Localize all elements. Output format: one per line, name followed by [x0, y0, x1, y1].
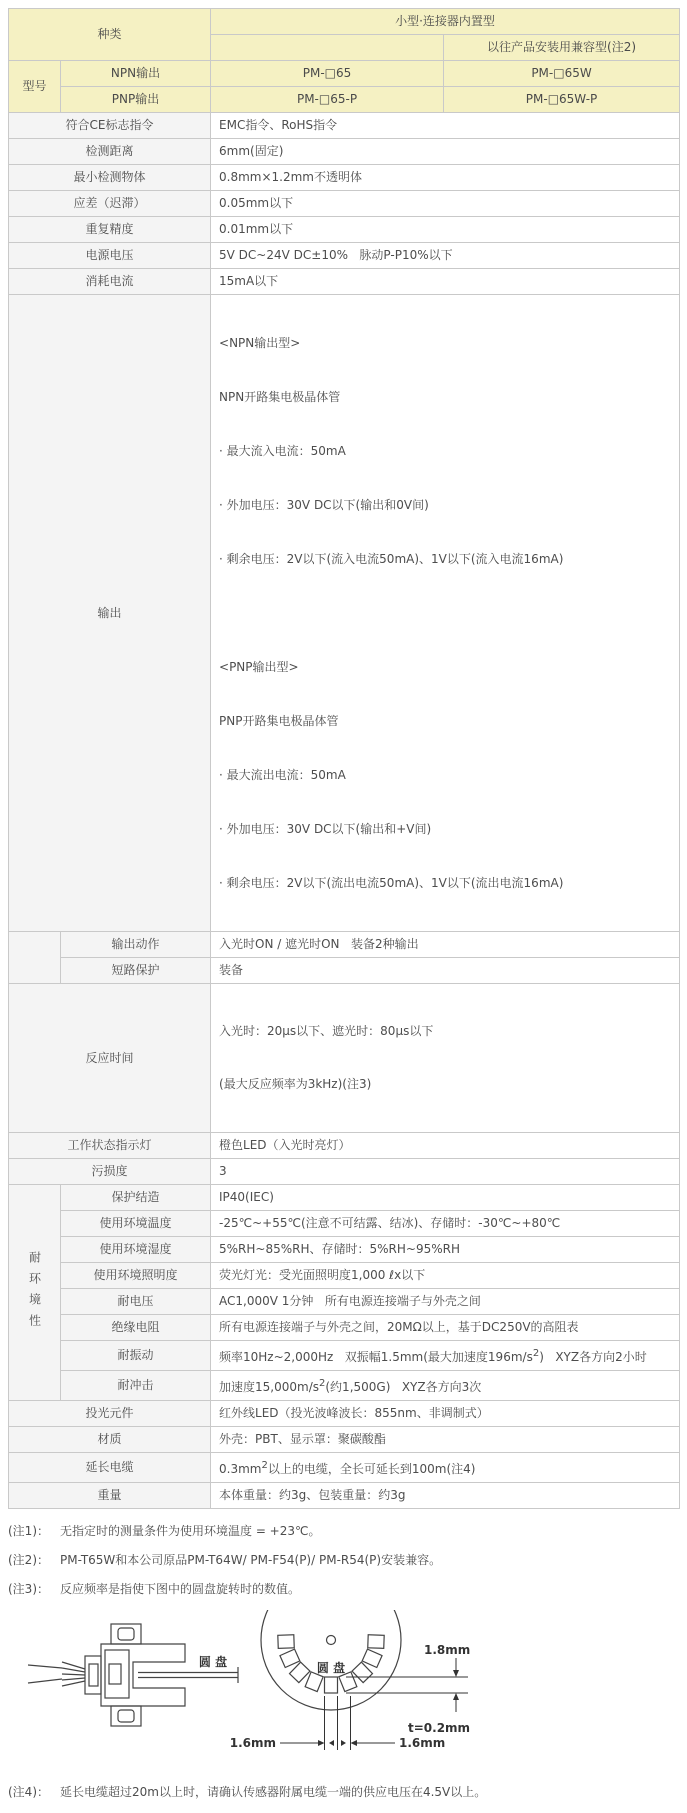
dimension-lines: 1.8mm t=0.2mm 1.6mm 1.6mm	[230, 1643, 471, 1750]
spec-value-sensing-range: 6mm(固定)	[211, 139, 680, 165]
spec-row-repeatability: 重复精度 0.01mm以下	[9, 217, 680, 243]
spec-value-min-object: 0.8mm×1.2mm不透明体	[211, 165, 680, 191]
note-2-text: PM-T65W和本公司原品PM-T64W/ PM-F54(P)/ PM-R54(…	[52, 1552, 441, 1568]
shock-text-post: (约1,500G) XYZ各方向3次	[325, 1380, 481, 1394]
spec-row-indicator: 工作状态指示灯 橙色LED（入光时亮灯）	[9, 1133, 680, 1159]
spec-value-cable: 0.3mm2以上的电缆，全长可延长到100m(注4)	[211, 1453, 680, 1483]
spec-row-env-protection: 耐环境性 保护结造 IP40(IEC)	[9, 1185, 680, 1211]
spec-label-env-protection: 保护结造	[61, 1185, 211, 1211]
spec-label-repeatability: 重复精度	[9, 217, 211, 243]
note-1: (注1)： 无指定时的测量条件为使用环境温度 = +23℃。	[8, 1523, 679, 1539]
output-npn-line: NPN开路集电极晶体管	[219, 387, 671, 407]
spec-row-hysteresis: 应差（迟滞） 0.05mm以下	[9, 191, 680, 217]
dim-arrow-left	[351, 1740, 358, 1746]
output-pnp-line: · 剩余电压：2V以下(流出电流50mA)、1V以下(流出电流16mA)	[219, 873, 671, 893]
response-time-line1: 入光时：20μs以下、遮光时：80μs以下	[219, 1022, 671, 1041]
spec-value-material: 外壳：PBT、显示罩：聚碳酸酯	[211, 1427, 680, 1453]
spec-value-env-temp: -25℃~+55℃(注意不可结露、结冰)、存储时：-30℃~+80℃	[211, 1211, 680, 1237]
spec-value-pollution: 3	[211, 1159, 680, 1185]
cable-wire	[28, 1665, 62, 1668]
spec-label-output: 输出	[9, 295, 211, 932]
note-2: (注2)： PM-T65W和本公司原品PM-T64W/ PM-F54(P)/ P…	[8, 1552, 679, 1568]
spec-row-env-shock: 耐冲击 加速度15,000m/s2(约1,500G) XYZ各方向3次	[9, 1371, 680, 1401]
vibration-text-post: ) XYZ各方向2小时	[539, 1350, 647, 1364]
cable-wire	[62, 1678, 85, 1680]
spec-label-env-vibration: 耐振动	[61, 1341, 211, 1371]
response-time-line2: (最大反应频率为3kHz)(注3)	[219, 1075, 671, 1094]
sensor-body	[101, 1644, 185, 1706]
spec-row-output-operation: 输出动作 入光时ON / 遮光时ON 装备2种输出	[9, 932, 680, 958]
note-1-text: 无指定时的测量条件为使用环境温度 = +23℃。	[52, 1523, 321, 1539]
output-npn-title: <NPN输出型>	[219, 333, 671, 353]
note-3: (注3)： 反应频率是指使下图中的圆盘旋转时的数值。	[8, 1581, 679, 1597]
model-header-cell: 型号	[9, 61, 61, 113]
spec-value-output-operation: 入光时ON / 遮光时ON 装备2种输出	[211, 932, 680, 958]
vibration-text: 频率10Hz~2,000Hz 双振幅1.5mm(最大加速度196m/s	[219, 1350, 533, 1364]
pnp-output-label: PNP输出	[61, 87, 211, 113]
spec-label-current-consumption: 消耗电流	[9, 269, 211, 295]
kind-header-cell: 种类	[9, 9, 211, 61]
mounting-hole-top	[118, 1628, 134, 1640]
note-3-tag: (注3)：	[8, 1581, 52, 1597]
slot-square	[278, 1635, 294, 1649]
spec-label-supply-voltage: 电源电压	[9, 243, 211, 269]
figure-svg: 圆 盘 圆 盘 1.8mm	[16, 1610, 666, 1762]
env-group-label: 耐环境性	[29, 1251, 41, 1335]
dim-arrow-down	[453, 1670, 459, 1677]
note-3-text: 反应频率是指使下图中的圆盘旋转时的数值。	[52, 1581, 300, 1597]
disc-label-left: 圆 盘	[199, 1654, 227, 1669]
dim-arrow-right	[318, 1740, 325, 1746]
note-4-text: 延长电缆超过20m以上时，请确认传感器附属电缆一端的供应电压在4.5V以上。	[52, 1784, 486, 1800]
spec-row-response-time: 反应时间 入光时：20μs以下、遮光时：80μs以下 (最大反应频率为3kHz)…	[9, 984, 680, 1133]
spec-value-env-vibration: 频率10Hz~2,000Hz 双振幅1.5mm(最大加速度196m/s2) XY…	[211, 1341, 680, 1371]
spec-row-env-vibration: 耐振动 频率10Hz~2,000Hz 双振幅1.5mm(最大加速度196m/s2…	[9, 1341, 680, 1371]
spec-value-supply-voltage: 5V DC~24V DC±10% 脉动P-P10%以下	[211, 243, 680, 269]
spec-value-env-insulation: 所有电源连接端子与外壳之间，20MΩ以上，基于DC250V的高阻表	[211, 1315, 680, 1341]
header-row-kind: 种类 小型·连接器内置型	[9, 9, 680, 35]
note-2-tag: (注2)：	[8, 1552, 52, 1568]
spec-label-short-circuit: 短路保护	[61, 958, 211, 984]
spec-value-repeatability: 0.01mm以下	[211, 217, 680, 243]
spec-row-ce: 符合CE标志指令 EMC指令、RoHS指令	[9, 113, 680, 139]
output-pnp-line: PNP开路集电极晶体管	[219, 711, 671, 731]
spec-label-env-humidity: 使用环境湿度	[61, 1237, 211, 1263]
spec-label-pollution: 污损度	[9, 1159, 211, 1185]
note-1-tag: (注1)：	[8, 1523, 52, 1539]
npn-model-standard: PM-□65	[211, 61, 444, 87]
spec-value-env-shock: 加速度15,000m/s2(约1,500G) XYZ各方向3次	[211, 1371, 680, 1401]
spec-value-env-illuminance: 荧光灯光：受光面照明度1,000 ℓx以下	[211, 1263, 680, 1289]
dim-height-label: 1.8mm	[424, 1643, 470, 1657]
spec-value-weight: 本体重量：约3g、包装重量：约3g	[211, 1483, 680, 1509]
slot-square	[368, 1635, 384, 1649]
note-4: (注4)： 延长电缆超过20m以上时，请确认传感器附属电缆一端的供应电压在4.5…	[8, 1784, 679, 1800]
env-group-cell: 耐环境性	[9, 1185, 61, 1401]
spec-label-env-shock: 耐冲击	[61, 1371, 211, 1401]
spec-label-env-voltage: 耐电压	[61, 1289, 211, 1315]
shock-text: 加速度15,000m/s	[219, 1380, 319, 1394]
model-row-pnp: PNP输出 PM-□65-P PM-□65W-P	[9, 87, 680, 113]
spec-row-min-object: 最小检测物体 0.8mm×1.2mm不透明体	[9, 165, 680, 191]
mounting-hole-bottom	[118, 1710, 134, 1722]
spec-value-env-humidity: 5%RH~85%RH、存储时：5%RH~95%RH	[211, 1237, 680, 1263]
spec-row-env-illuminance: 使用环境照明度 荧光灯光：受光面照明度1,000 ℓx以下	[9, 1263, 680, 1289]
slot-square	[325, 1677, 338, 1693]
cable-wire	[62, 1668, 85, 1672]
spec-row-env-insulation: 绝缘电阻 所有电源连接端子与外壳之间，20MΩ以上，基于DC250V的高阻表	[9, 1315, 680, 1341]
spec-value-env-protection: IP40(IEC)	[211, 1185, 680, 1211]
slot-square	[362, 1649, 382, 1667]
spec-value-ce: EMC指令、RoHS指令	[211, 113, 680, 139]
dim-width-left-label: 1.6mm	[230, 1736, 276, 1750]
spec-label-env-temp: 使用环境温度	[61, 1211, 211, 1237]
notes-section: (注1)： 无指定时的测量条件为使用环境温度 = +23℃。 (注2)： PM-…	[8, 1523, 679, 1597]
cable-wire	[62, 1681, 85, 1686]
spec-row-pollution: 污损度 3	[9, 1159, 680, 1185]
spec-value-hysteresis: 0.05mm以下	[211, 191, 680, 217]
spec-row-weight: 重量 本体重量：约3g、包装重量：约3g	[9, 1483, 680, 1509]
spec-row-cable: 延长电缆 0.3mm2以上的电缆，全长可延长到100m(注4)	[9, 1453, 680, 1483]
sensor-inner-detail	[109, 1664, 121, 1684]
connector-inner	[89, 1664, 98, 1686]
spec-row-material: 材质 外壳：PBT、显示罩：聚碳酸酯	[9, 1427, 680, 1453]
dim-arrow-up	[453, 1693, 459, 1700]
spec-value-current-consumption: 15mA以下	[211, 269, 680, 295]
spec-row-current-consumption: 消耗电流 15mA以下	[9, 269, 680, 295]
spec-row-env-humidity: 使用环境湿度 5%RH~85%RH、存储时：5%RH~95%RH	[9, 1237, 680, 1263]
disc-label-right: 圆 盘	[317, 1660, 345, 1675]
type-group-cell: 小型·连接器内置型	[211, 9, 680, 35]
spec-value-indicator: 橙色LED（入光时亮灯）	[211, 1133, 680, 1159]
mounting-tab-bottom	[111, 1706, 141, 1726]
note-4-tag: (注4)：	[8, 1784, 52, 1800]
type-sub-empty-cell	[211, 35, 444, 61]
spec-label-indicator: 工作状态指示灯	[9, 1133, 211, 1159]
output-pnp-line: · 最大流出电流：50mA	[219, 765, 671, 785]
disc-center-hole	[327, 1636, 336, 1645]
spec-label-env-insulation: 绝缘电阻	[61, 1315, 211, 1341]
spec-label-ce: 符合CE标志指令	[9, 113, 211, 139]
disc-drawing: 圆 盘	[261, 1610, 401, 1710]
npn-model-compat: PM-□65W	[444, 61, 680, 87]
note-4-section: (注4)： 延长电缆超过20m以上时，请确认传感器附属电缆一端的供应电压在4.5…	[8, 1784, 679, 1800]
spec-label-cable: 延长电缆	[9, 1453, 211, 1483]
output-pnp-line: · 外加电压：30V DC以下(输出和+V间)	[219, 819, 671, 839]
spec-label-sensing-range: 检测距离	[9, 139, 211, 165]
pnp-model-compat: PM-□65W-P	[444, 87, 680, 113]
model-row-npn: 型号 NPN输出 PM-□65 PM-□65W	[9, 61, 680, 87]
output-spacer	[219, 603, 671, 623]
cable-wire	[28, 1679, 62, 1683]
spec-row-supply-voltage: 电源电压 5V DC~24V DC±10% 脉动P-P10%以下	[9, 243, 680, 269]
thickness-label: t=0.2mm	[408, 1721, 470, 1735]
spec-value-response-time: 入光时：20μs以下、遮光时：80μs以下 (最大反应频率为3kHz)(注3)	[211, 984, 680, 1133]
output-npn-line: · 剩余电压：2V以下(流入电流50mA)、1V以下(流入电流16mA)	[219, 549, 671, 569]
spec-label-env-illuminance: 使用环境照明度	[61, 1263, 211, 1289]
spec-label-weight: 重量	[9, 1483, 211, 1509]
spec-value-env-voltage: AC1,000V 1分钟 所有电源连接端子与外壳之间	[211, 1289, 680, 1315]
spec-label-material: 材质	[9, 1427, 211, 1453]
spec-table: 种类 小型·连接器内置型 以往产品安装用兼容型(注2) 型号 NPN输出 PM-…	[8, 8, 680, 1509]
spec-row-emitter: 投光元件 红外线LED（投光波峰波长：855nm、非调制式）	[9, 1401, 680, 1427]
dim-tick	[329, 1740, 334, 1746]
cable-wire	[62, 1662, 85, 1669]
spec-value-short-circuit: 装备	[211, 958, 680, 984]
spec-label-response-time: 反应时间	[9, 984, 211, 1133]
spec-value-emitter: 红外线LED（投光波峰波长：855nm、非调制式）	[211, 1401, 680, 1427]
slot-square	[290, 1662, 310, 1683]
response-frequency-figure: 圆 盘 圆 盘 1.8mm	[16, 1610, 687, 1766]
empty-group-cell	[9, 932, 61, 984]
spec-row-sensing-range: 检测距离 6mm(固定)	[9, 139, 680, 165]
spec-row-env-voltage: 耐电压 AC1,000V 1分钟 所有电源连接端子与外壳之间	[9, 1289, 680, 1315]
slot-square	[352, 1662, 372, 1683]
spec-row-short-circuit: 短路保护 装备	[9, 958, 680, 984]
slot-square	[280, 1649, 300, 1667]
dim-tick	[341, 1740, 346, 1746]
spec-label-output-operation: 输出动作	[61, 932, 211, 958]
compat-sub-cell: 以往产品安装用兼容型(注2)	[444, 35, 680, 61]
spec-value-output: <NPN输出型> NPN开路集电极晶体管 · 最大流入电流：50mA · 外加电…	[211, 295, 680, 932]
spec-row-output: 输出 <NPN输出型> NPN开路集电极晶体管 · 最大流入电流：50mA · …	[9, 295, 680, 932]
cable-wire	[62, 1674, 85, 1675]
output-npn-line: · 最大流入电流：50mA	[219, 441, 671, 461]
spec-label-hysteresis: 应差（迟滞）	[9, 191, 211, 217]
sensor-drawing: 圆 盘	[28, 1624, 238, 1726]
output-npn-line: · 外加电压：30V DC以下(输出和0V间)	[219, 495, 671, 515]
output-pnp-title: <PNP输出型>	[219, 657, 671, 677]
mounting-tab-top	[111, 1624, 141, 1644]
npn-output-label: NPN输出	[61, 61, 211, 87]
cable-text: 0.3mm	[219, 1462, 261, 1476]
spec-row-env-temp: 使用环境温度 -25℃~+55℃(注意不可结露、结冰)、存储时：-30℃~+80…	[9, 1211, 680, 1237]
spec-label-emitter: 投光元件	[9, 1401, 211, 1427]
pnp-model-standard: PM-□65-P	[211, 87, 444, 113]
dim-width-right-label: 1.6mm	[399, 1736, 445, 1750]
cable-text-post: 以上的电缆，全长可延长到100m(注4)	[268, 1462, 476, 1476]
spec-label-min-object: 最小检测物体	[9, 165, 211, 191]
